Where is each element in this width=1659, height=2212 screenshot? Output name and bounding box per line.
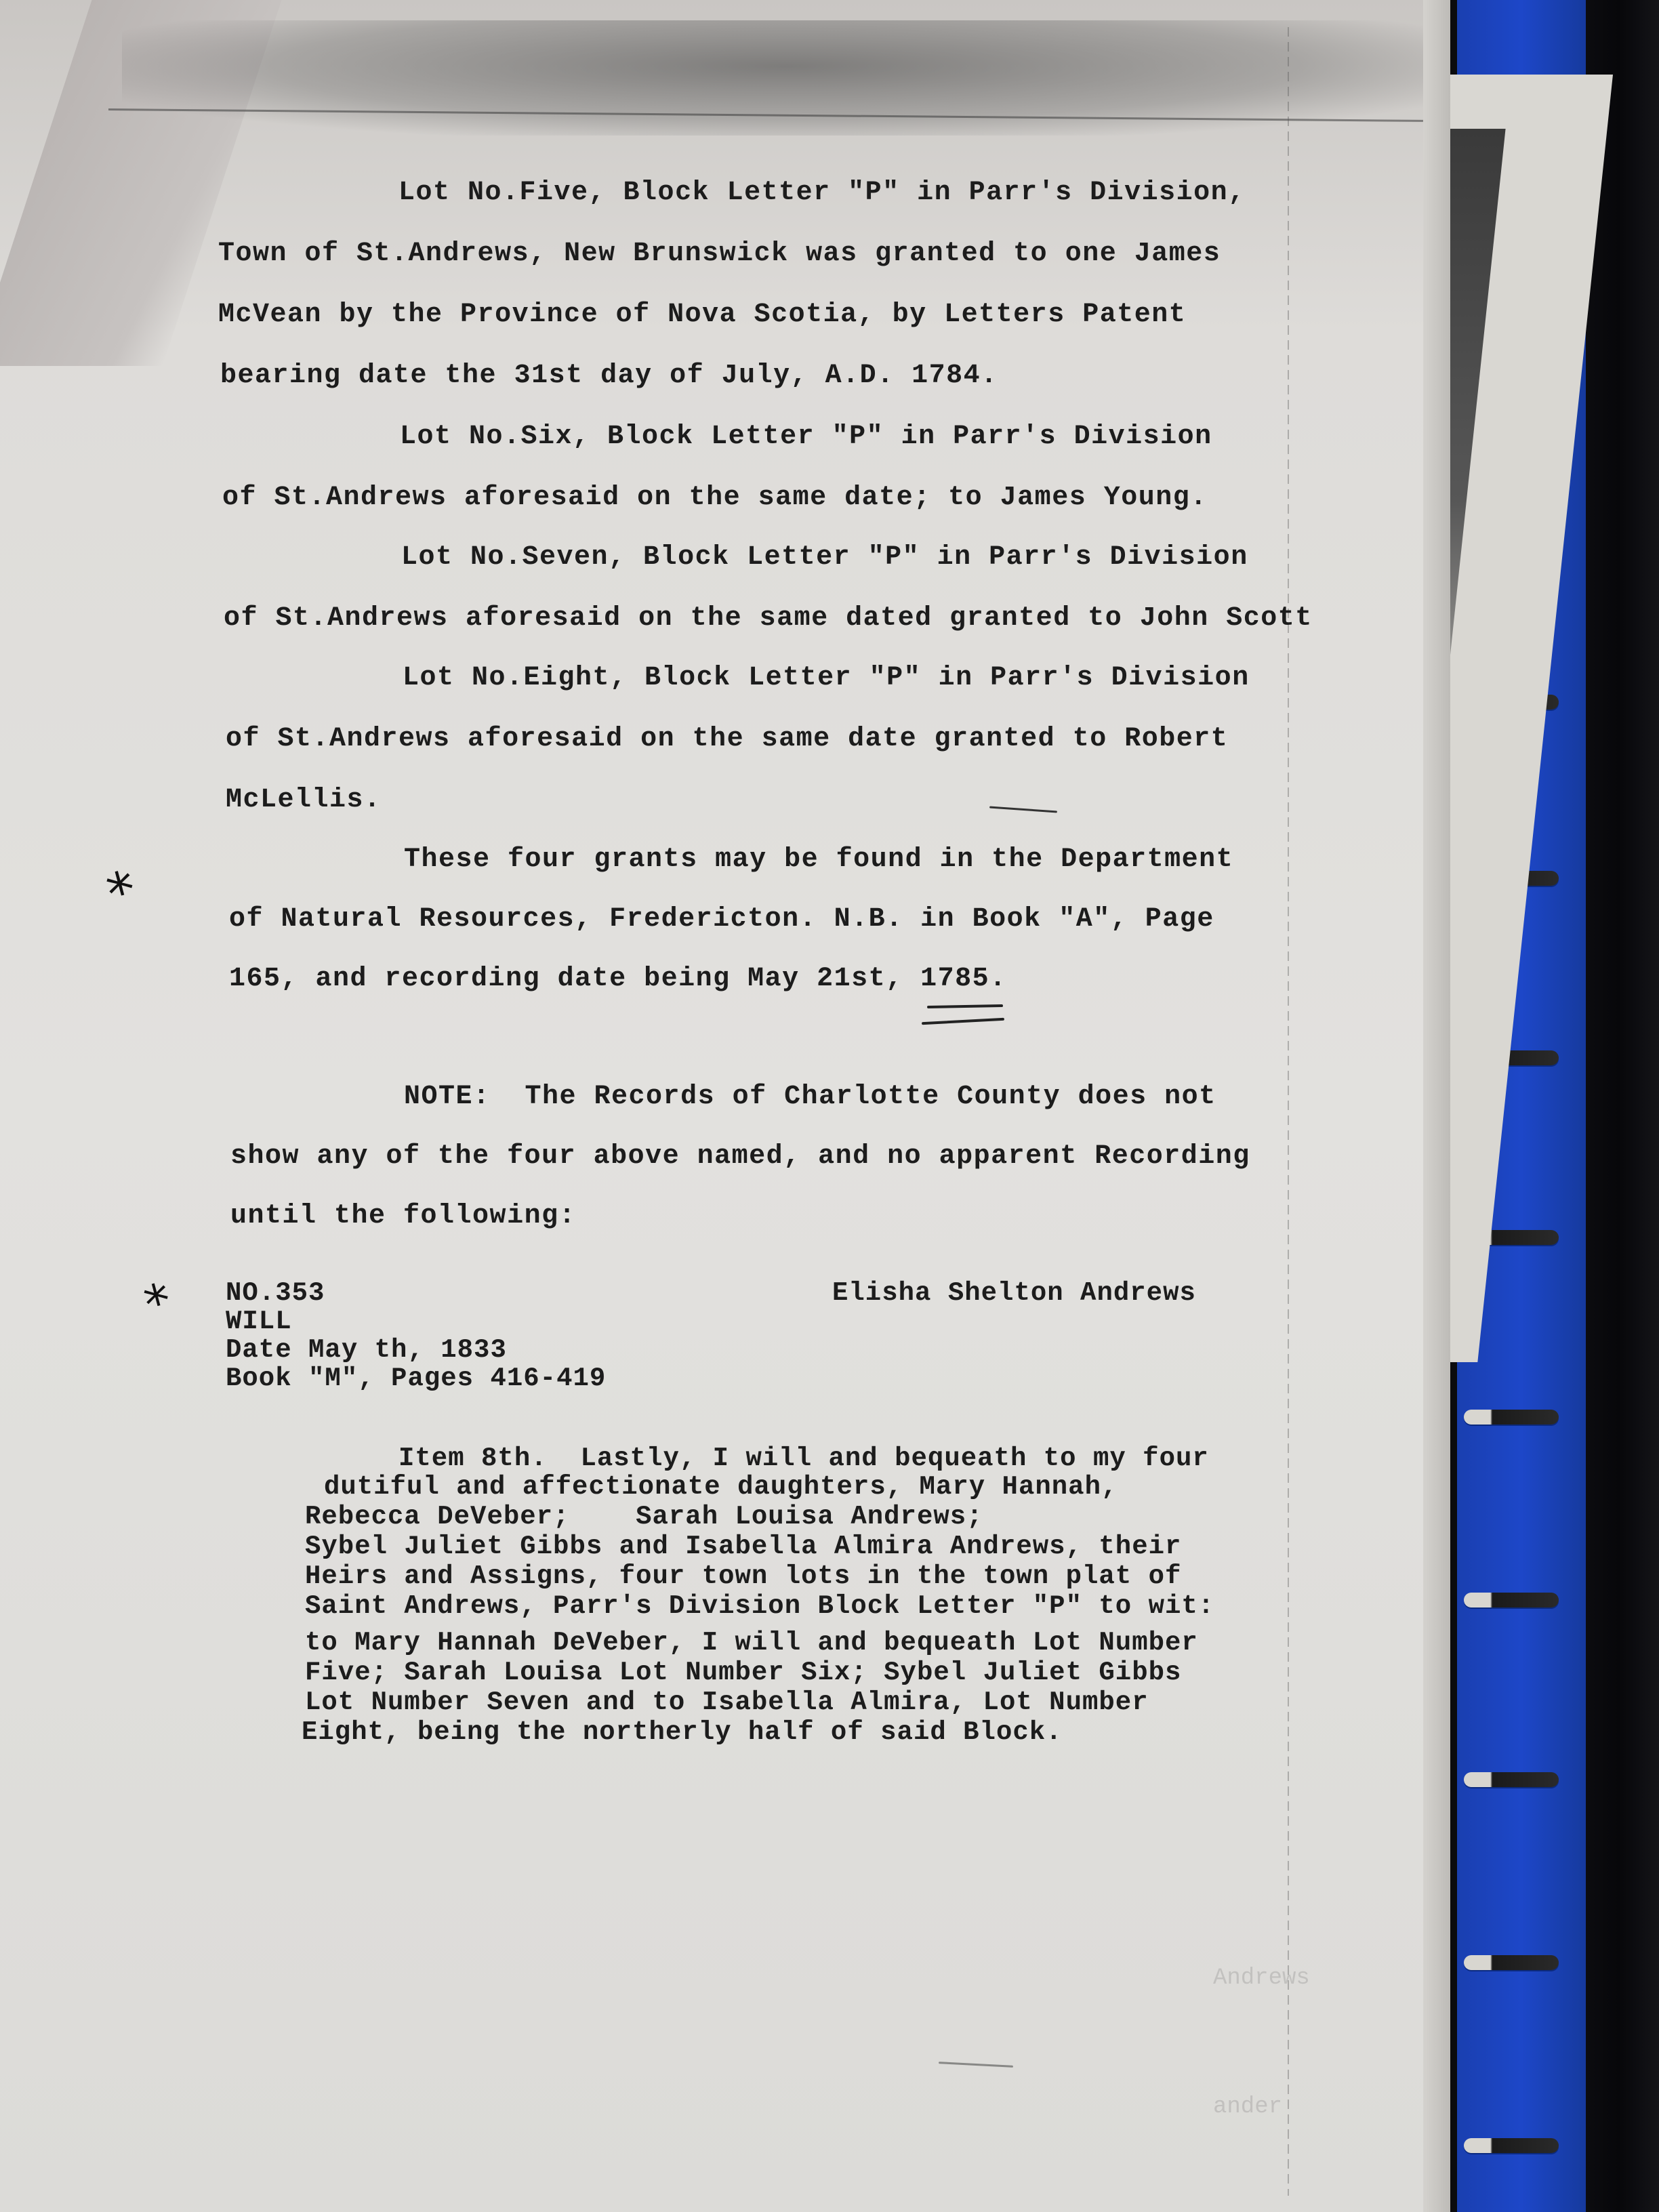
- bleed-through-text: ander: [1213, 2094, 1282, 2120]
- will-book-pages: Book "M", Pages 416-419: [226, 1364, 606, 1393]
- document-page: Andrews ander Lot No.Five, Block Letter …: [0, 0, 1450, 2212]
- grant-eight-line-1: Lot No.Eight, Block Letter "P" in Parr's…: [403, 663, 1250, 693]
- grant-six-line-2: of St.Andrews aforesaid on the same date…: [222, 483, 1208, 513]
- will-item-line-1: Item 8th. Lastly, I will and bequeath to…: [398, 1443, 1209, 1473]
- grant-six-line-1: Lot No.Six, Block Letter "P" in Parr's D…: [400, 422, 1212, 452]
- grant-five-line-2: Town of St.Andrews, New Brunswick was gr…: [218, 239, 1221, 269]
- location-note-line-2: of Natural Resources, Fredericton. N.B. …: [229, 904, 1214, 935]
- binder-ring-slot: [1464, 1772, 1559, 1787]
- will-item-line-10: Eight, being the northerly half of said …: [302, 1717, 1063, 1747]
- grant-five-line-4: bearing date the 31st day of July, A.D. …: [220, 361, 998, 391]
- grant-seven-line-2: of St.Andrews aforesaid on the same date…: [224, 603, 1313, 634]
- note-line-2: show any of the four above named, and no…: [230, 1141, 1250, 1172]
- handwritten-underline: [922, 1018, 1004, 1025]
- will-type: WILL: [226, 1307, 292, 1336]
- pen-mark: [939, 2062, 1013, 2068]
- binder-ring-slot: [1464, 1593, 1559, 1607]
- binder-ring-slot: [1464, 2138, 1559, 2153]
- will-item-line-4: Sybel Juliet Gibbs and Isabella Almira A…: [305, 1532, 1181, 1561]
- location-note-line-3: 165, and recording date being May 21st, …: [229, 964, 1007, 994]
- will-number: NO.353: [226, 1278, 325, 1308]
- grant-eight-line-2: of St.Andrews aforesaid on the same date…: [226, 724, 1228, 754]
- page-edge: [1423, 0, 1450, 2212]
- handwritten-asterisk-icon: *: [101, 858, 144, 926]
- binder-ring-slot: [1464, 1955, 1559, 1970]
- margin-line: [1288, 27, 1289, 2196]
- note-line-1: NOTE: The Records of Charlotte County do…: [404, 1082, 1216, 1112]
- handwritten-underline: [927, 1004, 1003, 1008]
- handwritten-asterisk-icon: *: [139, 1272, 178, 1335]
- will-item-line-2: dutiful and affectionate daughters, Mary…: [324, 1472, 1118, 1502]
- bleed-through-text: Andrews: [1213, 1965, 1310, 1991]
- grant-eight-line-3: McLellis.: [226, 785, 382, 815]
- location-note-line-1: These four grants may be found in the De…: [404, 844, 1233, 875]
- binder-ring-slot: [1464, 1410, 1559, 1425]
- grant-five-line-1: Lot No.Five, Block Letter "P" in Parr's …: [398, 178, 1246, 208]
- note-line-3: until the following:: [230, 1201, 576, 1231]
- grant-five-line-3: McVean by the Province of Nova Scotia, b…: [218, 300, 1186, 330]
- will-item-line-3: Rebecca DeVeber; Sarah Louisa Andrews;: [305, 1502, 983, 1532]
- will-item-line-9: Lot Number Seven and to Isabella Almira,…: [305, 1687, 1149, 1717]
- pen-mark: [989, 806, 1057, 813]
- will-item-line-8: Five; Sarah Louisa Lot Number Six; Sybel…: [305, 1658, 1181, 1687]
- grant-seven-line-1: Lot No.Seven, Block Letter "P" in Parr's…: [401, 542, 1248, 573]
- will-date: Date May th, 1833: [226, 1335, 507, 1365]
- will-item-line-7: to Mary Hannah DeVeber, I will and beque…: [305, 1628, 1198, 1658]
- will-item-line-5: Heirs and Assigns, four town lots in the…: [305, 1561, 1181, 1591]
- will-testator: Elisha Shelton Andrews: [832, 1278, 1196, 1308]
- will-item-line-6: Saint Andrews, Parr's Division Block Let…: [305, 1591, 1214, 1621]
